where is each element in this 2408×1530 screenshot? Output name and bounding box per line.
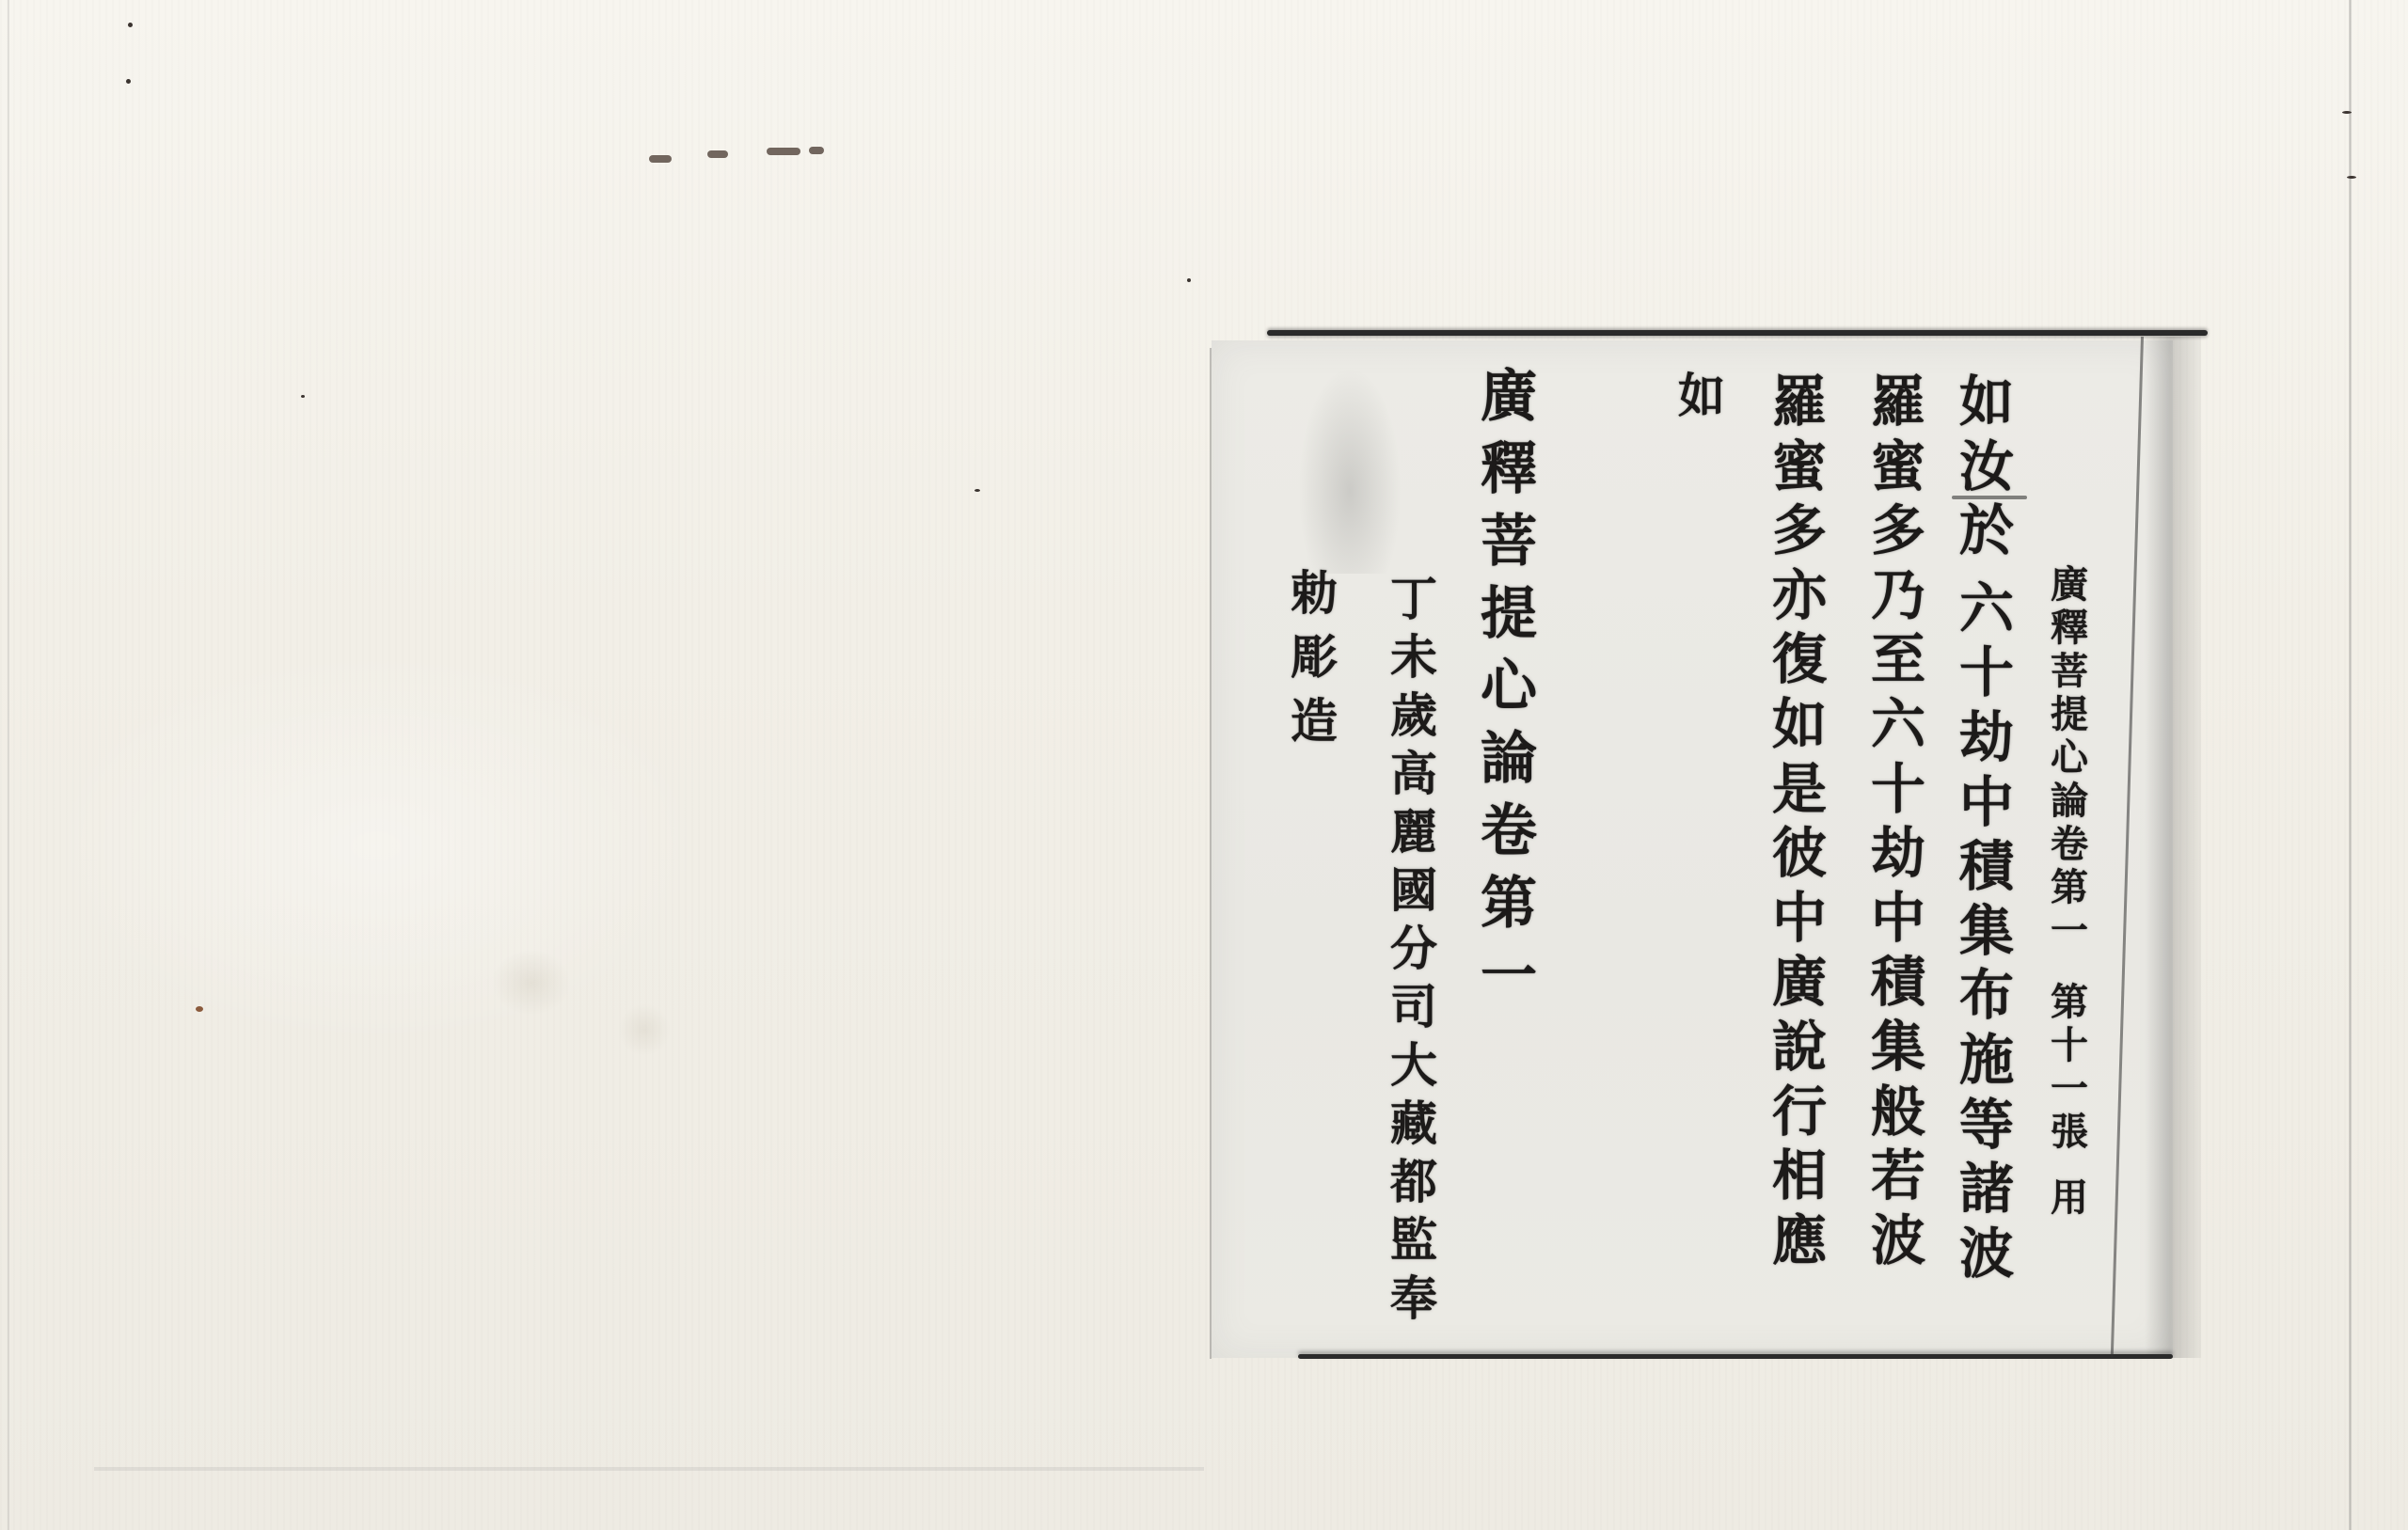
sheet-number-char: 張 [2051,1113,2088,1157]
colophon-char: 高 [1390,750,1437,809]
text-char: 波 [1871,1213,1925,1278]
header-char: 卷 [2051,826,2088,869]
ink-speck [128,23,133,27]
colophon-char: 司 [1390,984,1437,1042]
ink-speck [196,1006,203,1012]
block-border-top [1267,330,2208,336]
header-char: 釋 [2051,609,2088,653]
header-char: 提 [2051,696,2088,739]
text-char: 十 [1871,762,1925,827]
text-char: 等 [1959,1097,2014,1162]
ink-smear [649,155,672,163]
text-char: 積 [1959,839,2014,904]
text-char: 復 [1772,632,1827,697]
ink-speck [2347,176,2356,179]
ink-smear [707,150,728,158]
title-char: 釋 [1481,441,1537,513]
header-char: 菩 [2051,653,2088,696]
text-char: 亦 [1772,568,1827,633]
header-char: 第 [2051,869,2088,912]
body-column-4: 如 [1671,372,1732,431]
colophon-char: 麗 [1390,809,1437,867]
ink-speck [974,489,980,492]
text-char: 羅 [1871,374,1925,439]
sheet-number-char: 一 [2051,1070,2088,1113]
text-char: 六 [1959,581,2014,646]
text-char: 如 [1678,372,1725,431]
body-column-2: 羅 蜜 多 乃 至 六 十 劫 中 積 集 般 若 波 [1868,374,1928,1277]
colophon-column-1: 丁 未 歲 高 麗 國 分 司 大 藏 都 監 奉 [1386,576,1441,1333]
text-char: 中 [1871,891,1925,955]
colophon-char: 奉 [1390,1275,1437,1333]
text-char: 多 [1772,503,1827,568]
title-char: 心 [1481,658,1537,731]
text-char: 般 [1871,1084,1925,1149]
text-char: 於 [1959,503,2014,568]
colophon-char: 都 [1390,1159,1437,1217]
header-char: 一 [2051,912,2088,955]
header-char: 論 [2051,782,2088,826]
title-char: 廣 [1481,369,1537,441]
text-char: 集 [1959,904,2014,969]
text-char: 相 [1772,1148,1827,1213]
text-char: 乃 [1871,568,1925,633]
colophon-char: 未 [1390,634,1437,692]
header-mark-char: 用 [2051,1179,2088,1222]
ink-underline-mark [1952,496,2027,499]
text-char: 至 [1871,632,1925,697]
text-char: 中 [1772,891,1827,955]
sheet-number-char: 十 [2051,1027,2088,1070]
text-char: 中 [1959,775,2014,840]
page-fold-line [2349,0,2352,1530]
text-char: 汝 [1959,439,2014,504]
title-char: 論 [1481,731,1537,803]
ink-smudge [1298,367,1402,574]
block-edge-shadow [2145,337,2201,1358]
text-char: 如 [1959,374,2014,439]
text-char: 波 [1959,1226,2014,1291]
title-char: 卷 [1481,803,1537,875]
title-char: 菩 [1481,513,1537,586]
colophon-char: 藏 [1390,1100,1437,1159]
text-char: 廣 [1772,954,1827,1019]
text-char: 多 [1871,503,1925,568]
text-char: 劫 [1959,710,2014,775]
text-char: 六 [1871,697,1925,762]
header-char: 廣 [2051,566,2088,609]
block-border-left [1210,348,1212,1359]
body-column-3: 羅 蜜 多 亦 復 如 是 彼 中 廣 說 行 相 應 [1769,374,1830,1277]
body-column-1: 如 汝 於 六 十 劫 中 積 集 布 施 等 諸 波 [1956,374,2017,1290]
text-char: 應 [1772,1213,1827,1278]
colophon-char: 分 [1390,925,1437,984]
colophon-column-2: 勅 彫 造 [1287,570,1341,762]
ink-speck [2342,111,2352,114]
text-char: 羅 [1772,374,1827,439]
colophon-char: 歲 [1390,692,1437,750]
colophon-char: 勅 [1291,570,1338,634]
text-char: 說 [1772,1019,1827,1084]
text-char: 行 [1772,1084,1827,1149]
colophon-char: 監 [1390,1217,1437,1275]
text-char: 集 [1871,1019,1925,1084]
sheet-number-char: 第 [2051,984,2088,1027]
page-left-edge [8,0,9,1530]
text-char: 諸 [1959,1161,2014,1226]
ink-smear [767,148,800,155]
text-char: 積 [1871,954,1925,1019]
paper-stain [94,1467,1204,1471]
title-char: 一 [1481,948,1537,1020]
ink-smear [809,147,824,154]
text-char: 十 [1959,645,2014,710]
ink-speck [301,395,305,398]
text-char: 如 [1772,697,1827,762]
text-char: 劫 [1871,826,1925,891]
margin-header: 廣 釋 菩 提 心 論 卷 第 一 第 十 一 張 用 [2049,566,2090,1222]
ink-speck [1187,278,1191,282]
text-char: 蜜 [1772,439,1827,504]
colophon-char: 大 [1390,1042,1437,1100]
block-border-bottom [1298,1354,2173,1359]
title-char: 第 [1481,875,1537,948]
colophon-char: 造 [1291,698,1338,762]
ink-speck [126,79,131,84]
colophon-char: 國 [1390,867,1437,925]
text-char: 蜜 [1871,439,1925,504]
text-char: 施 [1959,1033,2014,1097]
text-char: 若 [1871,1148,1925,1213]
end-title-column: 廣 釋 菩 提 心 論 卷 第 一 [1477,369,1541,1020]
header-char: 心 [2051,739,2088,782]
title-char: 提 [1481,586,1537,658]
text-char: 彼 [1772,826,1827,891]
colophon-char: 丁 [1390,576,1437,634]
colophon-char: 彫 [1291,634,1338,698]
text-char: 是 [1772,762,1827,827]
text-char: 布 [1959,968,2014,1033]
